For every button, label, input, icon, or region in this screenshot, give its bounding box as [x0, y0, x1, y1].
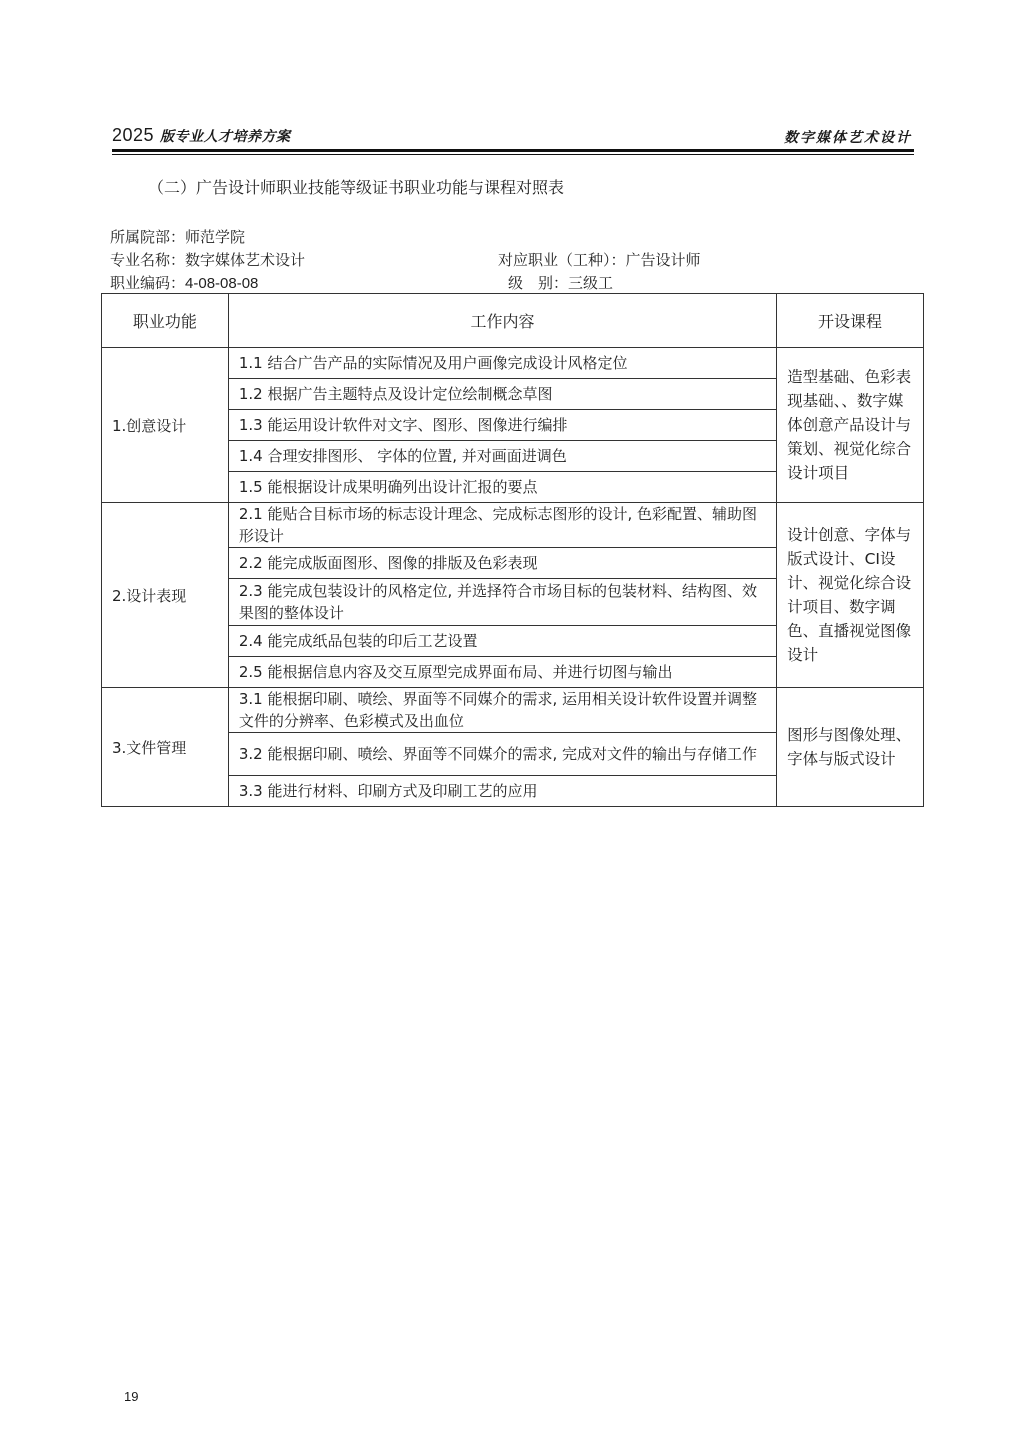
- task-cell: 3.1 能根据印刷、喷绘、界面等不同媒介的需求, 运用相关设计软件设置并调整文件…: [228, 688, 776, 733]
- department-label: 所属院部：: [110, 228, 185, 246]
- function-cell: 1.创意设计: [102, 348, 229, 503]
- header-left: 2025 版专业人才培养方案: [112, 125, 290, 146]
- header-rule-thick: [112, 149, 914, 152]
- function-cell: 2.设计表现: [102, 503, 229, 688]
- department-line: 所属院部：师范学院: [110, 226, 245, 247]
- header-year: 2025: [112, 125, 154, 145]
- task-cell: 1.4 合理安排图形、 字体的位置, 并对画面进调色: [228, 441, 776, 472]
- code-value: 4-08-08-08: [185, 275, 258, 292]
- table-row: 2.设计表现 2.1 能贴合目标市场的标志设计理念、完成标志图形的设计, 色彩配…: [102, 503, 924, 548]
- level-value: 三级工: [568, 274, 613, 292]
- header-courses: 开设课程: [777, 294, 924, 348]
- header-function: 职业功能: [102, 294, 229, 348]
- header-left-title: 版专业人才培养方案: [160, 129, 291, 145]
- page-header: 2025 版专业人才培养方案 数字媒体艺术设计: [112, 125, 912, 149]
- level-label: 级 别：: [508, 274, 568, 292]
- occupation-line: 对应职业（工种）：广告设计师: [498, 249, 701, 270]
- major-value: 数字媒体艺术设计: [185, 251, 305, 269]
- course-cell: 造型基础、色彩表现基础、、数字媒体创意产品设计与策划、视觉化综合设计项目: [777, 348, 924, 503]
- header-tasks: 工作内容: [228, 294, 776, 348]
- page-number: 19: [124, 1389, 138, 1404]
- level-line: 级 别：三级工: [508, 272, 613, 293]
- major-line: 专业名称：数字媒体艺术设计: [110, 249, 305, 270]
- department-value: 师范学院: [185, 228, 245, 246]
- task-cell: 1.2 根据广告主题特点及设计定位绘制概念草图: [228, 379, 776, 410]
- task-cell: 3.3 能进行材料、印刷方式及印刷工艺的应用: [228, 776, 776, 807]
- task-cell: 1.3 能运用设计软件对文字、图形、图像进行编排: [228, 410, 776, 441]
- code-label: 职业编码：: [110, 274, 185, 292]
- header-right-title: 数字媒体艺术设计: [784, 127, 912, 147]
- table-row: 1.创意设计 1.1 结合广告产品的实际情况及用户画像完成设计风格定位 造型基础…: [102, 348, 924, 379]
- table-header-row: 职业功能 工作内容 开设课程: [102, 294, 924, 348]
- major-label: 专业名称：: [110, 251, 185, 269]
- occupation-label: 对应职业（工种）：: [498, 251, 626, 269]
- header-rule-thin: [112, 154, 914, 155]
- section-title: （二）广告设计师职业技能等级证书职业功能与课程对照表: [148, 175, 564, 198]
- course-cell: 图形与图像处理、字体与版式设计: [777, 688, 924, 807]
- skills-course-table: 职业功能 工作内容 开设课程 1.创意设计 1.1 结合广告产品的实际情况及用户…: [101, 293, 924, 807]
- task-cell: 3.2 能根据印刷、喷绘、界面等不同媒介的需求, 完成对文件的输出与存储工作: [228, 733, 776, 776]
- task-cell: 2.3 能完成包装设计的风格定位, 并选择符合市场目标的包装材料、结构图、效果图…: [228, 579, 776, 626]
- task-cell: 1.1 结合广告产品的实际情况及用户画像完成设计风格定位: [228, 348, 776, 379]
- occupation-value: 广告设计师: [626, 251, 701, 269]
- function-cell: 3.文件管理: [102, 688, 229, 807]
- task-cell: 2.2 能完成版面图形、图像的排版及色彩表现: [228, 548, 776, 579]
- code-line: 职业编码：4-08-08-08: [110, 272, 258, 293]
- task-cell: 2.4 能完成纸品包装的印后工艺设置: [228, 626, 776, 657]
- table-row: 3.文件管理 3.1 能根据印刷、喷绘、界面等不同媒介的需求, 运用相关设计软件…: [102, 688, 924, 733]
- task-cell: 2.1 能贴合目标市场的标志设计理念、完成标志图形的设计, 色彩配置、辅助图形设…: [228, 503, 776, 548]
- task-cell: 2.5 能根据信息内容及交互原型完成界面布局、并进行切图与输出: [228, 657, 776, 688]
- course-cell: 设计创意、字体与版式设计、CI设计、视觉化综合设计项目、数字调色、直播视觉图像设…: [777, 503, 924, 688]
- task-cell: 1.5 能根据设计成果明确列出设计汇报的要点: [228, 472, 776, 503]
